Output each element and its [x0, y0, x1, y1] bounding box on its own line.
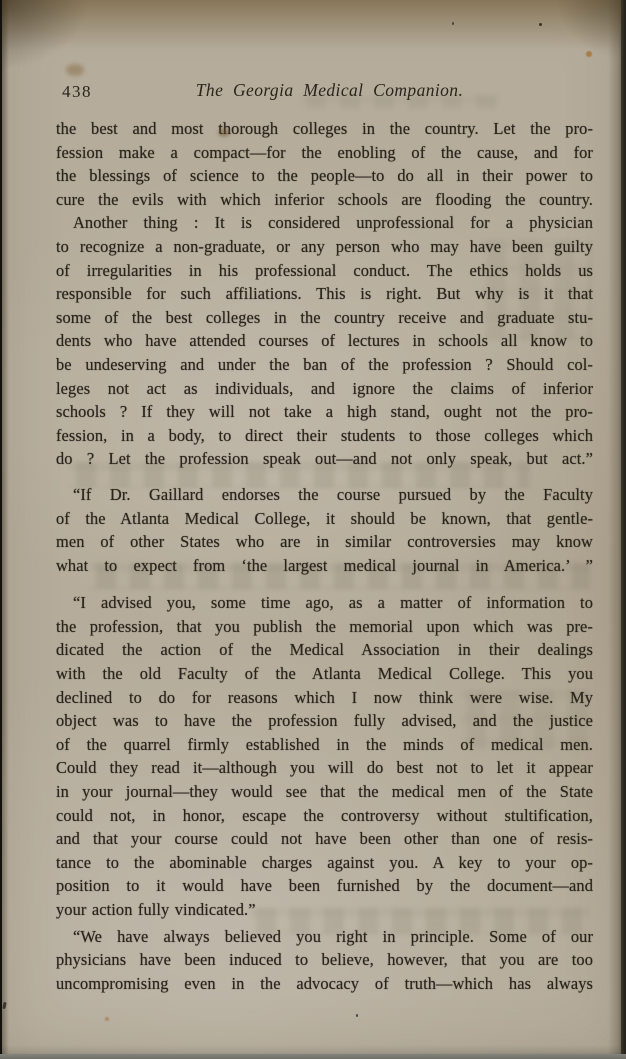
text-line: of irregularities in his professional co…	[56, 259, 593, 283]
text-line: fession, in a body, to direct their stud…	[56, 424, 593, 448]
paragraph: “I advised you, some time ago, as a matt…	[56, 591, 593, 921]
text-line: dicated the action of the Medical Associ…	[56, 638, 593, 662]
text-line: fession make a compact—for the enobling …	[56, 141, 593, 165]
paragraph: the best and most thorough colleges in t…	[56, 117, 593, 211]
text-line: of the Atlanta Medical College, it shoul…	[56, 507, 593, 531]
text-line: tance to the abominable charges against …	[56, 851, 593, 875]
scan-right-edge	[621, 0, 626, 1059]
text-line: men of other States who are in similar c…	[56, 530, 593, 554]
page-number: 438	[62, 82, 92, 102]
text-line: position to it would have been furnished…	[56, 874, 593, 898]
text-line: your action fully vindicated.”	[56, 898, 593, 922]
foxing-spot	[586, 51, 592, 57]
scanned-book-page: 438 The Georgia Medical Companion. the b…	[0, 0, 626, 1059]
ink-speck	[539, 23, 542, 26]
text-line: leges not act as individuals, and ignore…	[56, 377, 593, 401]
text-line: declined to do for reasons which I now t…	[56, 686, 593, 710]
text-line: to recognize a non-graduate, or any pers…	[56, 235, 593, 259]
text-line: be undeserving and under the ban of the …	[56, 353, 593, 377]
text-line: object was to have the profession fully …	[56, 709, 593, 733]
paper-stain	[66, 64, 84, 76]
foxing-spot	[105, 1017, 109, 1021]
text-line: and that your course could not have been…	[56, 827, 593, 851]
text-line: with the old Faculty of the Atlanta Medi…	[56, 662, 593, 686]
page-body: the best and most thorough colleges in t…	[56, 117, 593, 995]
ink-speck	[356, 1014, 358, 1017]
page-header: 438 The Georgia Medical Companion.	[56, 80, 593, 104]
text-line: the profession, that you publish the mem…	[56, 615, 593, 639]
text-line: Another thing : It is considered unprofe…	[56, 211, 593, 235]
stray-mark	[2, 1002, 6, 1009]
paragraph: Another thing : It is considered unprofe…	[56, 211, 593, 471]
text-line: in your journal—they would see that the …	[56, 780, 593, 804]
scan-left-edge	[0, 0, 2, 1059]
paragraph: “We have always believed you right in pr…	[56, 925, 593, 996]
text-line: of the quarrel firmly established in the…	[56, 733, 593, 757]
text-line: cure the evils with which inferior schoo…	[56, 188, 593, 212]
text-line: Could they read it—although you will do …	[56, 756, 593, 780]
paragraph: “If Dr. Gaillard endorses the course pur…	[56, 483, 593, 577]
text-line: schools ? If they will not take a high s…	[56, 400, 593, 424]
running-title: The Georgia Medical Companion.	[56, 80, 593, 101]
text-line: “I advised you, some time ago, as a matt…	[56, 591, 593, 615]
text-line: “We have always believed you right in pr…	[56, 925, 593, 949]
top-right-corner-shadow	[556, 0, 626, 60]
text-line: responsible for such affiliations. This …	[56, 282, 593, 306]
top-left-corner-shadow	[0, 0, 90, 70]
text-line: dents who have attended courses of lectu…	[56, 329, 593, 353]
ink-speck	[452, 22, 454, 25]
text-line: could not, in honor, escape the controve…	[56, 804, 593, 828]
text-line: physicians have been induced to believe,…	[56, 948, 593, 972]
text-line: “If Dr. Gaillard endorses the course pur…	[56, 483, 593, 507]
text-line: the best and most thorough colleges in t…	[56, 117, 593, 141]
text-line: the blessings of science to the people—t…	[56, 164, 593, 188]
text-line: uncompromising even in the advocacy of t…	[56, 972, 593, 996]
scan-bottom-edge	[0, 1054, 626, 1059]
text-line: some of the best colleges in the country…	[56, 306, 593, 330]
text-line: what to expect from ‘the largest medical…	[56, 554, 593, 578]
text-line: do ? Let the profession speak out—and no…	[56, 447, 593, 471]
